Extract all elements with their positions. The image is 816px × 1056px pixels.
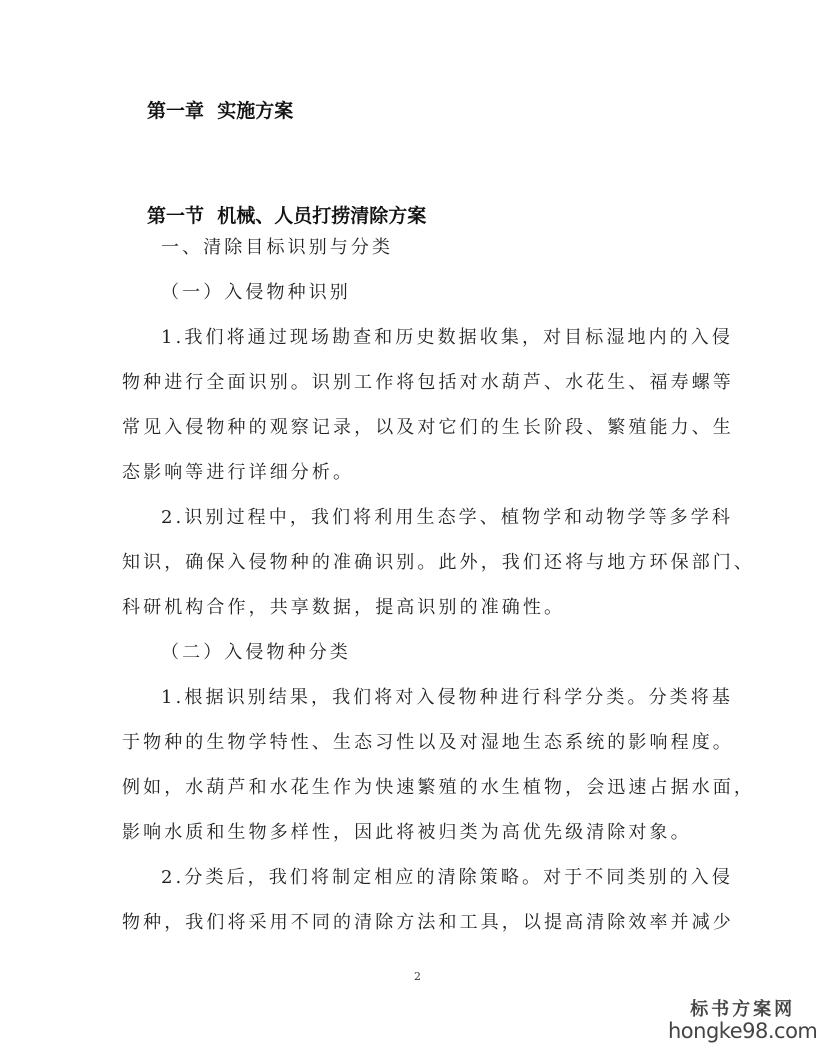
text-line: （一）入侵物种识别: [161, 278, 351, 304]
text-line: 于物种的生物学特性、生态习性以及对湿地生态系统的影响程度。: [122, 728, 734, 754]
text-line: 物种进行全面识别。识别工作将包括对水葫芦、水花生、福寿螺等: [122, 368, 734, 394]
text-line: 影响水质和生物多样性，因此将被归类为高优先级清除对象。: [122, 818, 692, 844]
text-line: 科研机构合作，共享数据，提高识别的准确性。: [122, 593, 565, 619]
chapter-title: 第一章 实施方案: [147, 96, 293, 123]
text-line: （二）入侵物种分类: [161, 638, 351, 664]
text-line: 2.识别过程中，我们将利用生态学、植物学和动物学等多学科: [161, 503, 733, 529]
page-number: 2: [414, 970, 421, 983]
section-title: 第一节 机械、人员打捞清除方案: [147, 201, 426, 228]
text-line: 例如，水葫芦和水花生作为快速繁殖的水生植物，会迅速占据水面，: [122, 773, 755, 799]
text-line: 知识，确保入侵物种的准确识别。此外，我们还将与地方环保部门、: [122, 548, 755, 574]
watermark-title: 标书方案网: [668, 995, 816, 1021]
text-line: 态影响等进行详细分析。: [122, 458, 354, 484]
text-line: 2.分类后，我们将制定相应的清除策略。对于不同类别的入侵: [161, 863, 733, 889]
text-line: 一、清除目标识别与分类: [161, 233, 393, 259]
text-line: 常见入侵物种的观察记录，以及对它们的生长阶段、繁殖能力、生: [122, 413, 734, 439]
text-line: 1.根据识别结果，我们将对入侵物种进行科学分类。分类将基: [161, 683, 733, 709]
watermark-url: hongke98.com: [668, 1019, 816, 1043]
watermark: 标书方案网 hongke98.com: [668, 995, 816, 1043]
text-line: 1.我们将通过现场勘查和历史数据收集，对目标湿地内的入侵: [161, 323, 733, 349]
text-line: 物种，我们将采用不同的清除方法和工具，以提高清除效率并减少: [122, 908, 734, 934]
document-page: 第一章 实施方案 第一节 机械、人员打捞清除方案 一、清除目标识别与分类（一）入…: [0, 0, 816, 1056]
